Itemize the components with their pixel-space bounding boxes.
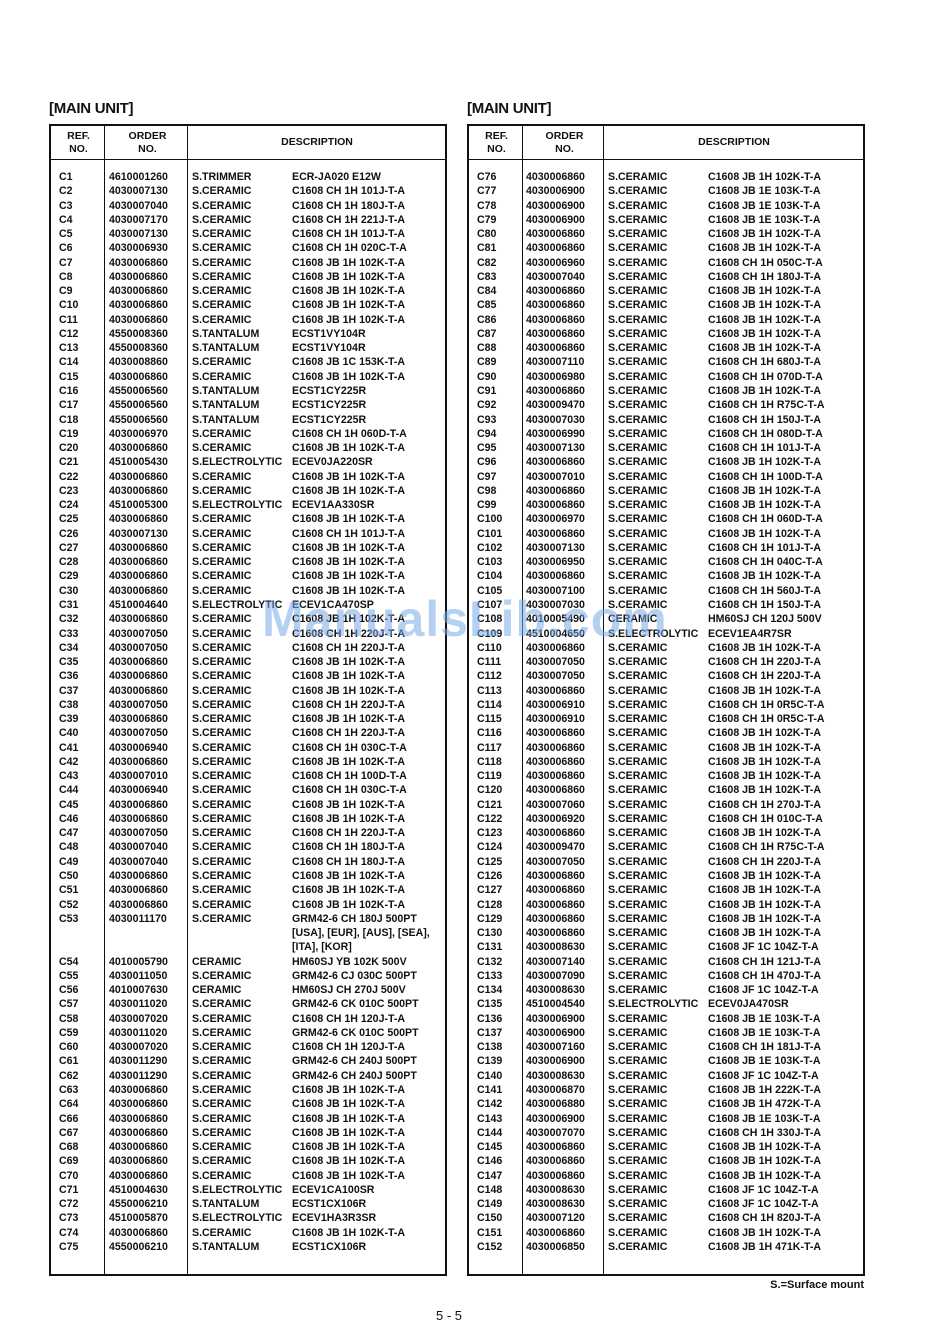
part-number: C1608 CH 1H 030C-T-A: [292, 741, 407, 755]
table-row: C1224030006920S.CERAMICC1608 CH 1H 010C-…: [469, 812, 863, 826]
part-number: C1608 CH 1H 181J-T-A: [708, 1040, 821, 1054]
ref-no: C53: [59, 912, 78, 926]
part-type: S.CERAMIC: [192, 1226, 251, 1240]
part-number: C1608 JB 1H 102K-T-A: [708, 241, 821, 255]
part-type: S.ELECTROLYTIC: [192, 1183, 282, 1197]
part-type: S.TANTALUM: [192, 1197, 259, 1211]
order-no: 4030007040: [109, 855, 168, 869]
table-row: C284030006860S.CERAMICC1608 JB 1H 102K-T…: [51, 555, 445, 569]
ref-no: C4: [59, 213, 73, 227]
ref-no: C19: [59, 427, 78, 441]
table-body: C764030006860S.CERAMICC1608 JB 1H 102K-T…: [469, 170, 863, 1254]
part-type: S.CERAMIC: [608, 555, 667, 569]
part-type: S.TANTALUM: [192, 1240, 259, 1254]
part-type: S.CERAMIC: [608, 498, 667, 512]
part-type: S.CERAMIC: [192, 883, 251, 897]
ref-no: C6: [59, 241, 73, 255]
header-description: DESCRIPTION: [605, 126, 863, 159]
table-row: C774030006900S.CERAMICC1608 JB 1E 103K-T…: [469, 184, 863, 198]
order-no: 4030006860: [109, 470, 168, 484]
part-number: C1608 CH 1H 040C-T-A: [708, 555, 823, 569]
part-type: S.CERAMIC: [608, 826, 667, 840]
part-type: S.CERAMIC: [192, 641, 251, 655]
part-number: C1608 JB 1E 103K-T-A: [708, 1026, 820, 1040]
part-number: C1608 CH 1H 060D-T-A: [708, 512, 823, 526]
part-number: C1608 JB 1H 102K-T-A: [292, 1126, 405, 1140]
part-type: CERAMIC: [192, 983, 241, 997]
part-number: C1608 JB 1H 102K-T-A: [292, 883, 405, 897]
part-type: S.CERAMIC: [608, 1240, 667, 1254]
part-number: ECEV1AA330SR: [292, 498, 374, 512]
part-type: S.CERAMIC: [608, 912, 667, 926]
part-number: C1608 JF 1C 104Z-T-A: [708, 983, 819, 997]
order-no: 4030006860: [526, 384, 585, 398]
table-row: C1184030006860S.CERAMICC1608 JB 1H 102K-…: [469, 755, 863, 769]
ref-no: C95: [477, 441, 496, 455]
table-row: C294030006860S.CERAMICC1608 JB 1H 102K-T…: [51, 569, 445, 583]
part-type: S.CERAMIC: [608, 855, 667, 869]
order-no: 4610001260: [109, 170, 168, 184]
ref-no: C66: [59, 1112, 78, 1126]
ref-no: C121: [477, 798, 502, 812]
order-no: 4030006860: [526, 170, 585, 184]
header-order-no: ORDER NO.: [524, 126, 605, 159]
part-type: S.CERAMIC: [192, 1069, 251, 1083]
part-number: C1608 JF 1C 104Z-T-A: [708, 1069, 819, 1083]
table-row: C1084010005490CERAMICHM60SJ CH 120J 500V: [469, 612, 863, 626]
ref-no: C43: [59, 769, 78, 783]
part-number: C1608 JB 1H 102K-T-A: [708, 741, 821, 755]
part-number: C1608 CH 1H 121J-T-A: [708, 955, 821, 969]
order-no: 4030007130: [526, 541, 585, 555]
ref-no: C131: [477, 940, 502, 954]
order-no: 4030007050: [526, 655, 585, 669]
ref-no: C99: [477, 498, 496, 512]
part-number: C1608 CH 1H 220J-T-A: [292, 826, 405, 840]
part-number: C1608 JB 1H 102K-T-A: [292, 270, 405, 284]
ref-no: C109: [477, 627, 502, 641]
part-number: C1608 JB 1H 102K-T-A: [292, 370, 405, 384]
part-number: C1608 JB 1H 102K-T-A: [292, 298, 405, 312]
part-type: S.CERAMIC: [192, 1140, 251, 1154]
part-type: S.CERAMIC: [192, 783, 251, 797]
ref-no: C38: [59, 698, 78, 712]
ref-no: C26: [59, 527, 78, 541]
table-row: C324030006860S.CERAMICC1608 JB 1H 102K-T…: [51, 612, 445, 626]
order-no: 4030006900: [526, 1112, 585, 1126]
part-type: S.CERAMIC: [192, 569, 251, 583]
table-row: C1514030006860S.CERAMICC1608 JB 1H 102K-…: [469, 1226, 863, 1240]
order-no: 4030006970: [526, 512, 585, 526]
table-row: C864030006860S.CERAMICC1608 JB 1H 102K-T…: [469, 313, 863, 327]
part-number: C1608 JB 1H 102K-T-A: [708, 298, 821, 312]
ref-no: C80: [477, 227, 496, 241]
part-type: S.CERAMIC: [608, 384, 667, 398]
part-type: S.CERAMIC: [608, 1097, 667, 1111]
ref-no: C81: [477, 241, 496, 255]
part-type: S.CERAMIC: [192, 997, 251, 1011]
ref-no: C62: [59, 1069, 78, 1083]
order-no: 4030007160: [526, 1040, 585, 1054]
table-row: C1384030007160S.CERAMICC1608 CH 1H 181J-…: [469, 1040, 863, 1054]
order-no: 4030006860: [109, 298, 168, 312]
ref-no: C14: [59, 355, 78, 369]
ref-no: C152: [477, 1240, 502, 1254]
part-type: S.CERAMIC: [192, 298, 251, 312]
part-type: S.CERAMIC: [192, 1169, 251, 1183]
part-number: C1608 JB 1H 102K-T-A: [292, 1097, 405, 1111]
ref-no: C138: [477, 1040, 502, 1054]
part-number: C1608 CH 1H 150J-T-A: [708, 413, 821, 427]
part-type: S.CERAMIC: [192, 355, 251, 369]
table-row: C434030007010S.CERAMICC1608 CH 1H 100D-T…: [51, 769, 445, 783]
part-type: S.CERAMIC: [608, 655, 667, 669]
ref-no: C40: [59, 726, 78, 740]
ref-no: C17: [59, 398, 78, 412]
ref-no: C59: [59, 1026, 78, 1040]
ref-no: C92: [477, 398, 496, 412]
order-no: 4030007140: [526, 955, 585, 969]
table-row: C144030008860S.CERAMICC1608 JB 1C 153K-T…: [51, 355, 445, 369]
table-row: C1414030006870S.CERAMICC1608 JB 1H 222K-…: [469, 1083, 863, 1097]
part-type: S.CERAMIC: [608, 1169, 667, 1183]
part-type: S.CERAMIC: [192, 1054, 251, 1068]
order-no: 4550006210: [109, 1197, 168, 1211]
ref-no: C7: [59, 256, 73, 270]
part-type: S.CERAMIC: [608, 1083, 667, 1097]
table-row: C704030006860S.CERAMICC1608 JB 1H 102K-T…: [51, 1169, 445, 1183]
table-row: C934030007030S.CERAMICC1608 CH 1H 150J-T…: [469, 413, 863, 427]
part-number: C1608 JB 1H 102K-T-A: [292, 313, 405, 327]
ref-no: C36: [59, 669, 78, 683]
part-number: GRM42-6 CJ 030C 500PT: [292, 969, 417, 983]
part-number: C1608 JB 1H 102K-T-A: [708, 769, 821, 783]
order-no: 4030006860: [526, 684, 585, 698]
table-row: C674030006860S.CERAMICC1608 JB 1H 102K-T…: [51, 1126, 445, 1140]
order-no: 4030006860: [526, 912, 585, 926]
order-no: 4030006900: [526, 1026, 585, 1040]
part-type: S.CERAMIC: [192, 584, 251, 598]
order-no: 4030006900: [526, 213, 585, 227]
order-no: 4030007120: [526, 1211, 585, 1225]
part-number: [USA], [EUR], [AUS], [SEA],: [292, 926, 430, 940]
ref-no: C130: [477, 926, 502, 940]
part-number: C1608 JB 1E 103K-T-A: [708, 184, 820, 198]
ref-no: C124: [477, 840, 502, 854]
part-type: S.CERAMIC: [192, 470, 251, 484]
table-row: C334030007050S.CERAMICC1608 CH 1H 220J-T…: [51, 627, 445, 641]
table-row: C534030011170S.CERAMICGRM42-6 CH 180J 50…: [51, 912, 445, 926]
order-no: 4010007630: [109, 983, 168, 997]
ref-no: C33: [59, 627, 78, 641]
order-no: 4030006850: [526, 1240, 585, 1254]
part-number: ECST1CY225R: [292, 413, 366, 427]
table-row: C1284030006860S.CERAMICC1608 JB 1H 102K-…: [469, 898, 863, 912]
order-no: 4030007030: [526, 413, 585, 427]
part-type: S.CERAMIC: [192, 855, 251, 869]
part-number: C1608 CH 1H 680J-T-A: [708, 355, 821, 369]
part-type: S.CERAMIC: [608, 199, 667, 213]
order-no: 4030009470: [526, 398, 585, 412]
ref-no: C108: [477, 612, 502, 626]
order-no: 4030006860: [109, 370, 168, 384]
part-number: C1608 JF 1C 104Z-T-A: [708, 940, 819, 954]
part-type: S.ELECTROLYTIC: [192, 598, 282, 612]
part-number: C1608 JB 1E 103K-T-A: [708, 1054, 820, 1068]
part-number: C1608 JB 1H 102K-T-A: [708, 527, 821, 541]
part-number: ECEV0JA470SR: [708, 997, 789, 1011]
part-type: S.CERAMIC: [192, 812, 251, 826]
ref-no: C135: [477, 997, 502, 1011]
order-no: 4030007040: [526, 270, 585, 284]
ref-no: C45: [59, 798, 78, 812]
part-type: S.CERAMIC: [608, 812, 667, 826]
table-row: C484030007040S.CERAMICC1608 CH 1H 180J-T…: [51, 840, 445, 854]
table-row: C1104030006860S.CERAMICC1608 JB 1H 102K-…: [469, 641, 863, 655]
part-type: S.CERAMIC: [608, 883, 667, 897]
part-number: C1608 CH 1H 180J-T-A: [292, 840, 405, 854]
part-type: S.CERAMIC: [608, 983, 667, 997]
order-no: 4030006860: [109, 684, 168, 698]
header-description: DESCRIPTION: [189, 126, 445, 159]
table-row: C264030007130S.CERAMICC1608 CH 1H 101J-T…: [51, 527, 445, 541]
ref-no: C75: [59, 1240, 78, 1254]
order-no: 4030006960: [526, 256, 585, 270]
order-no: 4030011050: [109, 969, 167, 983]
table-row: C604030007020S.CERAMICC1608 CH 1H 120J-T…: [51, 1040, 445, 1054]
part-number: C1608 JB 1H 102K-T-A: [708, 327, 821, 341]
table-row: C834030007040S.CERAMICC1608 CH 1H 180J-T…: [469, 270, 863, 284]
part-number: C1608 CH 1H R75C-T-A: [708, 398, 825, 412]
table-row: C1094510004650S.ELECTROLYTICECEV1EA4R7SR: [469, 627, 863, 641]
table-row: C1464030006860S.CERAMICC1608 JB 1H 102K-…: [469, 1154, 863, 1168]
order-no: 4030009470: [526, 840, 585, 854]
part-type: S.CERAMIC: [192, 1040, 251, 1054]
part-number: C1608 JB 1H 102K-T-A: [708, 284, 821, 298]
order-no: 4550006560: [109, 384, 168, 398]
ref-no: C32: [59, 612, 78, 626]
ref-no: C61: [59, 1054, 78, 1068]
part-number: C1608 CH 1H 030C-T-A: [292, 783, 407, 797]
ref-no: C34: [59, 641, 78, 655]
part-number: C1608 JF 1C 104Z-T-A: [708, 1183, 819, 1197]
order-no: 4030006860: [526, 1154, 585, 1168]
part-number: C1608 JB 1H 102K-T-A: [708, 883, 821, 897]
table-row: C944030006990S.CERAMICC1608 CH 1H 080D-T…: [469, 427, 863, 441]
ref-no: C16: [59, 384, 78, 398]
section-title-left: [MAIN UNIT]: [49, 100, 133, 117]
table-row: C1194030006860S.CERAMICC1608 JB 1H 102K-…: [469, 769, 863, 783]
order-no: 4030007030: [526, 598, 585, 612]
order-no: 4030007050: [109, 826, 168, 840]
part-number: HM60SJ YB 102K 500V: [292, 955, 407, 969]
part-type: S.CERAMIC: [192, 1083, 251, 1097]
ref-no: C100: [477, 512, 502, 526]
table-row: C1074030007030S.CERAMICC1608 CH 1H 150J-…: [469, 598, 863, 612]
ref-no: C30: [59, 584, 78, 598]
part-type: S.CERAMIC: [608, 484, 667, 498]
table-row: C614030011290S.CERAMICGRM42-6 CH 240J 50…: [51, 1054, 445, 1068]
part-number: C1608 JB 1H 102K-T-A: [292, 512, 405, 526]
part-number: C1608 CH 1H 0R5C-T-A: [708, 698, 825, 712]
part-type: S.CERAMIC: [608, 455, 667, 469]
part-type: S.CERAMIC: [192, 627, 251, 641]
table-row: C504030006860S.CERAMICC1608 JB 1H 102K-T…: [51, 869, 445, 883]
ref-no: C64: [59, 1097, 78, 1111]
table-row: C114030006860S.CERAMICC1608 JB 1H 102K-T…: [51, 313, 445, 327]
ref-no: C52: [59, 898, 78, 912]
part-number: C1608 JB 1H 102K-T-A: [292, 1083, 405, 1097]
part-number: C1608 JB 1H 102K-T-A: [292, 1140, 405, 1154]
order-no: 4030006860: [526, 284, 585, 298]
part-number: C1608 CH 1H 220J-T-A: [708, 855, 821, 869]
header-order-no: ORDER NO.: [106, 126, 189, 159]
part-type: S.CERAMIC: [608, 341, 667, 355]
part-type: S.TANTALUM: [192, 341, 259, 355]
order-no: 4030006900: [526, 184, 585, 198]
order-no: 4030008860: [109, 355, 168, 369]
part-type: S.CERAMIC: [192, 270, 251, 284]
ref-no: C113: [477, 684, 502, 698]
order-no: 4030006860: [109, 798, 168, 812]
ref-no: C49: [59, 855, 78, 869]
ref-no: C141: [477, 1083, 502, 1097]
part-type: S.CERAMIC: [192, 241, 251, 255]
part-number: C1608 JB 1H 102K-T-A: [292, 256, 405, 270]
ref-no: C119: [477, 769, 502, 783]
order-no: 4030007050: [109, 627, 168, 641]
table-row: C624030011290S.CERAMICGRM42-6 CH 240J 50…: [51, 1069, 445, 1083]
page-number: 5 - 5: [436, 1308, 462, 1323]
table-row: C174550006560S.TANTALUMECST1CY225R: [51, 398, 445, 412]
ref-no: C77: [477, 184, 496, 198]
order-no: 4030006860: [109, 898, 168, 912]
table-row: C854030006860S.CERAMICC1608 JB 1H 102K-T…: [469, 298, 863, 312]
table-row: C94030006860S.CERAMICC1608 JB 1H 102K-T-…: [51, 284, 445, 298]
table-row: [USA], [EUR], [AUS], [SEA],: [51, 926, 445, 940]
part-number: C1608 JB 1H 102K-T-A: [708, 1226, 821, 1240]
order-no: 4510004540: [526, 997, 585, 1011]
order-no: 4030006900: [526, 199, 585, 213]
table-row: C304030006860S.CERAMICC1608 JB 1H 102K-T…: [51, 584, 445, 598]
ref-no: C60: [59, 1040, 78, 1054]
table-row: C1234030006860S.CERAMICC1608 JB 1H 102K-…: [469, 826, 863, 840]
order-no: 4030006860: [109, 1097, 168, 1111]
part-number: C1608 JB 1E 103K-T-A: [708, 1012, 820, 1026]
table-row: C24030007130S.CERAMICC1608 CH 1H 101J-T-…: [51, 184, 445, 198]
order-no: 4030006860: [526, 484, 585, 498]
ref-no: C126: [477, 869, 502, 883]
table-row: C1444030007070S.CERAMICC1608 CH 1H 330J-…: [469, 1126, 863, 1140]
table-row: C874030006860S.CERAMICC1608 JB 1H 102K-T…: [469, 327, 863, 341]
ref-no: C79: [477, 213, 496, 227]
part-type: S.CERAMIC: [608, 1026, 667, 1040]
table-row: C374030006860S.CERAMICC1608 JB 1H 102K-T…: [51, 684, 445, 698]
table-row: C1454030006860S.CERAMICC1608 JB 1H 102K-…: [469, 1140, 863, 1154]
part-number: ECEV0JA220SR: [292, 455, 373, 469]
part-number: C1608 JB 1H 102K-T-A: [292, 812, 405, 826]
order-no: 4030006860: [109, 655, 168, 669]
ref-no: C88: [477, 341, 496, 355]
ref-no: C70: [59, 1169, 78, 1183]
table-row: C1274030006860S.CERAMICC1608 JB 1H 102K-…: [469, 883, 863, 897]
ref-no: C1: [59, 170, 73, 184]
part-number: C1608 JB 1H 102K-T-A: [708, 484, 821, 498]
part-number: C1608 JB 1H 102K-T-A: [292, 541, 405, 555]
order-no: 4030006860: [526, 241, 585, 255]
order-no: 4030006860: [109, 755, 168, 769]
order-no: 4030007050: [526, 855, 585, 869]
table-row: C584030007020S.CERAMICC1608 CH 1H 120J-T…: [51, 1012, 445, 1026]
part-number: C1608 JB 1H 102K-T-A: [708, 384, 821, 398]
part-number: C1608 JB 1H 102K-T-A: [708, 783, 821, 797]
part-number: C1608 JB 1E 103K-T-A: [708, 199, 820, 213]
order-no: 4030006860: [109, 270, 168, 284]
ref-no: C94: [477, 427, 496, 441]
part-type: S.CERAMIC: [608, 1112, 667, 1126]
ref-no: C87: [477, 327, 496, 341]
part-type: S.CERAMIC: [608, 1012, 667, 1026]
part-type: S.CERAMIC: [192, 912, 251, 926]
part-number: C1608 JB 1H 102K-T-A: [292, 584, 405, 598]
table-row: C1174030006860S.CERAMICC1608 JB 1H 102K-…: [469, 741, 863, 755]
ref-no: C51: [59, 883, 78, 897]
order-no: 4030006860: [526, 298, 585, 312]
part-type: S.ELECTROLYTIC: [608, 627, 698, 641]
table-row: C1474030006860S.CERAMICC1608 JB 1H 102K-…: [469, 1169, 863, 1183]
part-number: C1608 CH 1H 0R5C-T-A: [708, 712, 825, 726]
part-type: S.CERAMIC: [608, 527, 667, 541]
ref-no: C127: [477, 883, 502, 897]
part-number: GRM42-6 CK 010C 500PT: [292, 997, 419, 1011]
part-type: S.CERAMIC: [608, 798, 667, 812]
order-no: 4030006860: [109, 869, 168, 883]
ref-no: C57: [59, 997, 78, 1011]
part-type: S.CERAMIC: [192, 213, 251, 227]
ref-no: C23: [59, 484, 78, 498]
order-no: 4030006870: [526, 1083, 585, 1097]
part-type: S.CERAMIC: [608, 898, 667, 912]
part-number: C1608 JB 1H 102K-T-A: [292, 712, 405, 726]
table-row: C634030006860S.CERAMICC1608 JB 1H 102K-T…: [51, 1083, 445, 1097]
table-row: C1314030008630S.CERAMICC1608 JF 1C 104Z-…: [469, 940, 863, 954]
table-row: C914030006860S.CERAMICC1608 JB 1H 102K-T…: [469, 384, 863, 398]
table-row: C644030006860S.CERAMICC1608 JB 1H 102K-T…: [51, 1097, 445, 1111]
ref-no: C89: [477, 355, 496, 369]
part-type: S.CERAMIC: [608, 441, 667, 455]
table-row: C924030009470S.CERAMICC1608 CH 1H R75C-T…: [469, 398, 863, 412]
part-number: C1608 JB 1H 102K-T-A: [292, 1226, 405, 1240]
ref-no: C102: [477, 541, 502, 555]
order-no: 4030007100: [526, 584, 585, 598]
part-number: C1608 JB 1H 102K-T-A: [292, 284, 405, 298]
table-row: C694030006860S.CERAMICC1608 JB 1H 102K-T…: [51, 1154, 445, 1168]
table-row: C1394030006900S.CERAMICC1608 JB 1E 103K-…: [469, 1054, 863, 1068]
table-row: C354030006860S.CERAMICC1608 JB 1H 102K-T…: [51, 655, 445, 669]
ref-no: C96: [477, 455, 496, 469]
table-row: C1154030006910S.CERAMICC1608 CH 1H 0R5C-…: [469, 712, 863, 726]
part-number: [ITA], [KOR]: [292, 940, 352, 954]
part-type: CERAMIC: [192, 955, 241, 969]
order-no: 4030006920: [526, 812, 585, 826]
order-no: 4030008630: [526, 983, 585, 997]
part-number: ECR-JA020 E12W: [292, 170, 381, 184]
table-row: C734510005870S.ELECTROLYTICECEV1HA3R3SR: [51, 1211, 445, 1225]
ref-no: C69: [59, 1154, 78, 1168]
ref-no: C129: [477, 912, 502, 926]
order-no: 4030007050: [526, 669, 585, 683]
table-row: C1134030006860S.CERAMICC1608 JB 1H 102K-…: [469, 684, 863, 698]
